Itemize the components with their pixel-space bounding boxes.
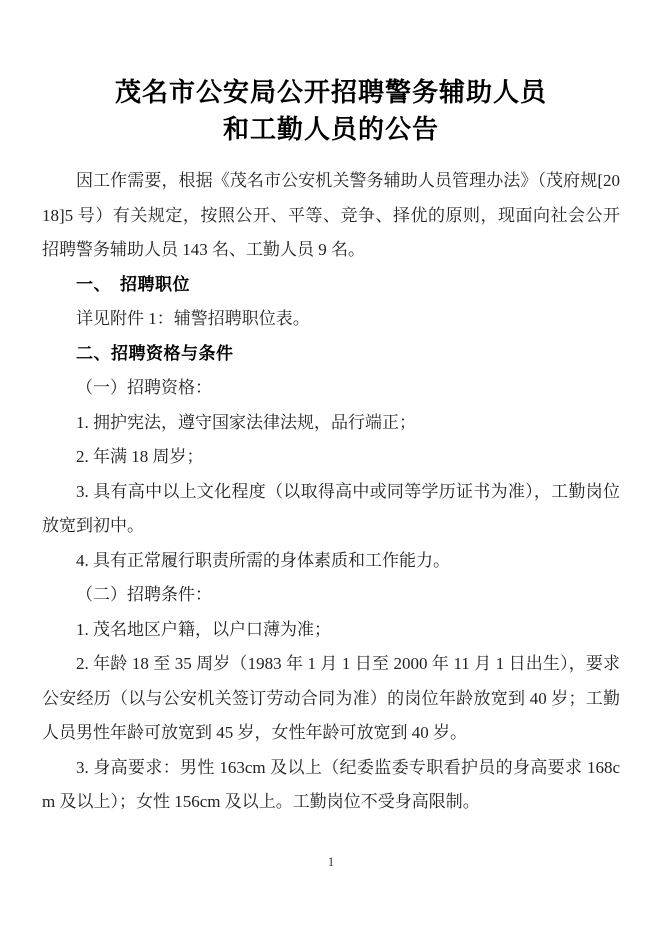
document-content: 茂名市公安局公开招聘警务辅助人员 和工勤人员的公告 因工作需要，根据《茂名市公安… <box>42 74 620 820</box>
paragraph-intro: 因工作需要，根据《茂名市公安机关警务辅助人员管理办法》（茂府规[2018]5 号… <box>42 164 620 268</box>
paragraph-qualification-3: 3. 具有高中以上文化程度（以取得高中或同等学历证书为准），工勤岗位放宽到初中。 <box>42 475 620 544</box>
paragraph-condition-1: 1. 茂名地区户籍，以户口薄为准； <box>42 613 620 648</box>
document-title: 茂名市公安局公开招聘警务辅助人员 和工勤人员的公告 <box>42 74 620 148</box>
page-number: 1 <box>0 854 662 870</box>
paragraph-attachment-note: 详见附件 1：辅警招聘职位表。 <box>42 302 620 337</box>
paragraph-qualification-1: 1. 拥护宪法，遵守国家法律法规，品行端正； <box>42 406 620 441</box>
section-heading-1: 一、 招聘职位 <box>42 268 620 303</box>
document-title-line-1: 茂名市公安局公开招聘警务辅助人员 <box>42 74 620 111</box>
document-title-line-2: 和工勤人员的公告 <box>42 111 620 148</box>
title-spacer <box>42 148 620 164</box>
subsection-heading-conditions: （二）招聘条件： <box>42 578 620 613</box>
paragraph-condition-2: 2. 年龄 18 至 35 周岁（1983 年 1 月 1 日至 2000 年 … <box>42 647 620 751</box>
paragraph-qualification-4: 4. 具有正常履行职责所需的身体素质和工作能力。 <box>42 544 620 579</box>
document-page: 茂名市公安局公开招聘警务辅助人员 和工勤人员的公告 因工作需要，根据《茂名市公安… <box>0 0 662 936</box>
subsection-heading-qualifications: （一）招聘资格： <box>42 371 620 406</box>
section-heading-2: 二、招聘资格与条件 <box>42 337 620 372</box>
paragraph-condition-3: 3. 身高要求：男性 163cm 及以上（纪委监委专职看护员的身高要求 168c… <box>42 751 620 820</box>
paragraph-qualification-2: 2. 年满 18 周岁； <box>42 440 620 475</box>
